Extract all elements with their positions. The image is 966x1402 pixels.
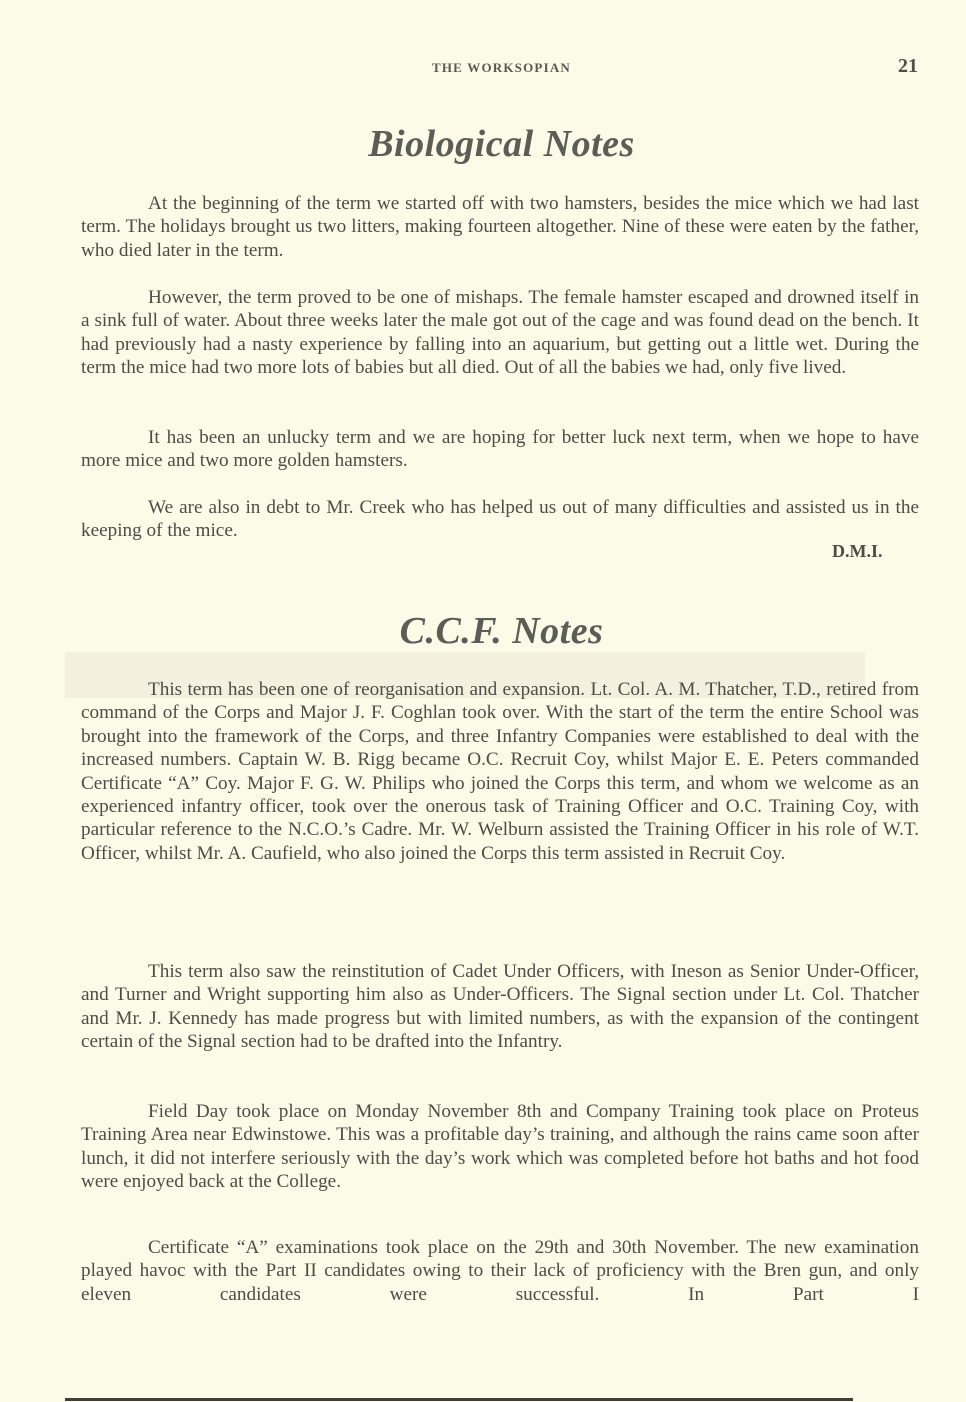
author-signature: D.M.I.: [832, 541, 883, 562]
ccf-paragraph-3: Field Day took place on Monday November …: [81, 1100, 919, 1194]
document-page: THE WORKSOPIAN 21 Biological Notes At th…: [0, 0, 966, 1402]
biological-paragraph-4: We are also in debt to Mr. Creek who has…: [81, 496, 919, 543]
biological-paragraph-1: At the beginning of the term we started …: [81, 192, 919, 262]
section-title-biological-notes: Biological Notes: [0, 122, 966, 166]
ccf-paragraph-1: This term has been one of reorganisation…: [81, 678, 919, 865]
running-header-title: THE WORKSOPIAN: [0, 60, 966, 76]
page-number: 21: [898, 55, 918, 78]
ccf-paragraph-2: This term also saw the reinstitution of …: [81, 960, 919, 1054]
ccf-paragraph-4: Certificate “A” examinations took place …: [81, 1236, 919, 1306]
section-title-ccf-notes: C.C.F. Notes: [0, 609, 966, 653]
footer-rule: [65, 1398, 853, 1401]
biological-paragraph-2: However, the term proved to be one of mi…: [81, 286, 919, 380]
biological-paragraph-3: It has been an unlucky term and we are h…: [81, 426, 919, 473]
